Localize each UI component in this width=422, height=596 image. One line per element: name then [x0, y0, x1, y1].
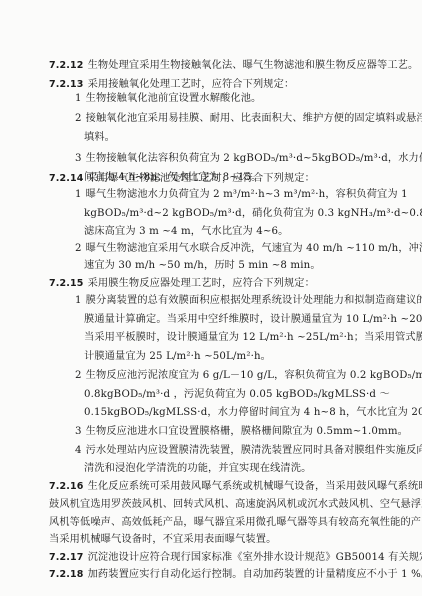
item-continuation: 滤床高宜为 3 m ~4 m，气水比宜为 4~6。	[84, 225, 289, 239]
clause-number: 7.2.12	[49, 60, 84, 71]
item-number: 1	[75, 93, 82, 104]
item: 3生物反应池进水口宜设置膜格栅，膜格栅间隙宜为 0.5mm~1.0mm。	[75, 425, 408, 439]
item-continuation: 清洗和浸泡化学清洗的功能，并宜实现在线清洗。	[84, 462, 311, 476]
item-text: 曝气生物滤池水力负荷宜为 2 m³/m²·h~3 m³/m²·h，容积负荷宜为 …	[86, 189, 408, 200]
item: 2生物反应池污泥浓度宜为 6 g/L－10 g/L，容积负荷宜为 0.2 kgB…	[75, 369, 422, 383]
clause-7-2-18: 7.2.18加药装置应实行自动化运行控制。自动加药装置的计量精度应不小于 1 %…	[49, 568, 422, 582]
item: 1曝气生物滤池水力负荷宜为 2 m³/m²·h~3 m³/m²·h，容积负荷宜为…	[75, 188, 408, 202]
item-number: 3	[75, 153, 82, 164]
item-continuation: 当采用平板膜时，设计膜通量宜为 12 L/m²·h ~25L/m²·h；当采用管…	[84, 331, 422, 345]
item-number: 2	[75, 370, 82, 381]
clause-number: 7.2.18	[49, 569, 84, 580]
item-text: 污水处理站内应设置膜清洗装置，膜清洗装置应同时具备对膜组件实施反向化学	[86, 445, 422, 456]
item-number: 2	[75, 113, 82, 124]
clause-number: 7.2.17	[49, 552, 84, 563]
item-number: 2	[75, 243, 82, 254]
item-text: 生物反应池进水口宜设置膜格栅，膜格栅间隙宜为 0.5mm~1.0mm。	[86, 426, 408, 437]
document-page: 7.2.12生物处理宜采用生物接触氧化法、曝气生物滤池和膜生物反应器等工艺。 7…	[0, 0, 422, 596]
item-text: 膜分离装置的总有效膜面积应根据处理系统设计处理能力和拟制造商建议的	[86, 295, 422, 306]
clause-continuation: 风机等低噪声、高效低耗产品，曝气器宜采用微孔曝气器等具有较高充氧性能的产品；	[49, 516, 422, 530]
item: 2接触氧化池宜采用易挂膜、耐用、比表面积大、维护方便的固定填料或悬浮	[75, 112, 422, 126]
item: 3生物接触氧化法容积负荷宜为 2 kgBOD₅/m³·d~5kgBOD₅/m³·…	[75, 152, 422, 166]
clause-7-2-13: 7.2.13采用接触氧化处理工艺时，应符合下列规定：	[49, 78, 294, 92]
clause-7-2-17: 7.2.17沉淀池设计应符合现行国家标准《室外排水设计规范》GB50014 有关…	[49, 551, 422, 565]
clause-number: 7.2.14	[49, 173, 84, 184]
clause-7-2-12: 7.2.12生物处理宜采用生物接触氧化法、曝气生物滤池和膜生物反应器等工艺。	[49, 59, 418, 73]
item-number: 1	[75, 295, 82, 306]
clause-7-2-16: 7.2.16生化反应系统可采用鼓风曝气系统或机械曝气设备，当采用鼓风曝气系统时，	[49, 480, 422, 494]
item-text: 生物接触氧化法容积负荷宜为 2 kgBOD₅/m³·d~5kgBOD₅/m³·d…	[86, 153, 422, 164]
item-continuation: kgBOD₅/m³·d~2 kgBOD₅/m³·d，硝化负荷宜为 0.3 kgN…	[84, 207, 422, 221]
item: 2曝气生物滤池宜采用气水联合反冲洗，气速宜为 40 m/h ~110 m/h，冲…	[75, 242, 422, 256]
clause-text: 生化反应系统可采用鼓风曝气系统或机械曝气设备，当采用鼓风曝气系统时，	[88, 481, 422, 492]
item-text: 接触氧化池宜采用易挂膜、耐用、比表面积大、维护方便的固定填料或悬浮	[86, 113, 422, 124]
clause-continuation: 鼓风机宜选用罗茨鼓风机、回转式风机、高速旋涡风机或沉水式鼓风机、空气悬浮鼓	[49, 498, 422, 512]
clause-text: 采用膜生物反应器处理工艺时，应符合下列规定：	[88, 278, 315, 289]
clause-7-2-14-heading: 7.2.14采用曝气生物滤池处理工艺时，应符合下列规定：	[49, 172, 315, 186]
item-continuation: 0.8kgBOD₅/m³·d ，污泥负荷宜为 0.05 kgBOD₅/kgMLS…	[84, 388, 390, 402]
item-continuation: 膜通量计算确定。当采用中空纤维膜时，设计膜通量宜为 10 L/m²·h ~20L…	[84, 313, 422, 327]
item-number: 3	[75, 426, 82, 437]
item: 1生物接触氧化池前宜设置水解酸化池。	[75, 92, 261, 106]
clause-number: 7.2.13	[49, 79, 84, 90]
clause-text: 生物处理宜采用生物接触氧化法、曝气生物滤池和膜生物反应器等工艺。	[88, 60, 419, 71]
clause-text: 沉淀池设计应符合现行国家标准《室外排水设计规范》GB50014 有关规定。	[88, 552, 422, 563]
item-continuation: 计膜通量宜为 25 L/m²·h ~50L/m²·h。	[84, 350, 271, 364]
clause-number: 7.2.15	[49, 278, 84, 289]
item-continuation: 0.15kgBOD₅/kgMLSS·d，水力停留时间宜为 4 h~8 h，气水比…	[84, 406, 422, 420]
item-number: 4	[75, 445, 82, 456]
item-continuation: 填料。	[84, 131, 115, 145]
item: 1膜分离装置的总有效膜面积应根据处理系统设计处理能力和拟制造商建议的	[75, 294, 422, 308]
item: 4污水处理站内应设置膜清洗装置，膜清洗装置应同时具备对膜组件实施反向化学	[75, 444, 422, 458]
item-text: 生物接触氧化池前宜设置水解酸化池。	[86, 93, 262, 104]
item-text: 生物反应池污泥浓度宜为 6 g/L－10 g/L，容积负荷宜为 0.2 kgBO…	[86, 370, 422, 381]
item-number: 1	[75, 189, 82, 200]
clause-number: 7.2.16	[49, 481, 84, 492]
item-text: 曝气生物滤池宜采用气水联合反冲洗，气速宜为 40 m/h ~110 m/h，冲洗…	[86, 243, 422, 254]
clause-text: 加药装置应实行自动化运行控制。自动加药装置的计量精度应不小于 1 %。	[88, 569, 422, 580]
clause-text: 采用曝气生物滤池处理工艺时，应符合下列规定：	[88, 173, 315, 184]
item-continuation: 速宜为 30 m/h ~50 m/h，历时 5 min ~8 min。	[84, 259, 321, 273]
clause-7-2-15: 7.2.15采用膜生物反应器处理工艺时，应符合下列规定：	[49, 277, 315, 291]
clause-continuation: 当采用机械曝气设备时，不宜采用表面曝气装置。	[49, 533, 276, 547]
clause-text: 采用接触氧化处理工艺时，应符合下列规定：	[88, 79, 295, 90]
